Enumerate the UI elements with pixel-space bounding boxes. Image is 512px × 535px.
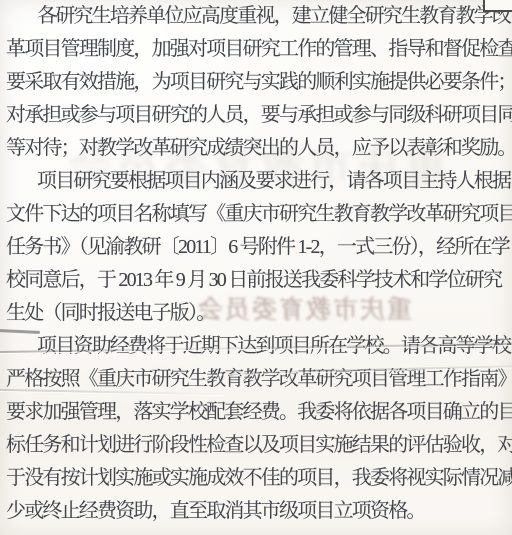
text-line: 要求加强管理，落实学校配套经费。我委将依据各项目确立的目 [6,396,512,429]
text-line: 各研究生培养单位应高度重视，建立健全研究生教育教学改 [6,0,512,33]
text-line: 文件下达的项目名称填写《重庆市研究生教育教学改革研究项目 [6,198,512,231]
text-line: 严格按照《重庆市研究生教育教学改革研究项目管理工作指南》 [6,363,512,396]
text-line: 要采取有效措施，为项目研究与实践的顺利实施提供必要条件； [6,66,512,99]
text-line: 少或终止经费资助，直至取消其市级项目立项资格。 [6,495,512,528]
text-line: 革项目管理制度，加强对项目研究工作的管理、指导和督促检查， [6,33,512,66]
page-corner-mark [483,0,512,12]
text-line: 对承担或参与项目研究的人员，要与承担或参与同级科研项目同 [6,99,512,132]
text-line: 等对待；对教学改革研究成绩突出的人员，应予以表彰和奖励。 [6,132,512,165]
document-body: 各研究生培养单位应高度重视，建立健全研究生教育教学改 革项目管理制度，加强对项目… [6,0,512,528]
text-line: 项目研究要根据项目内涵及要求进行，请各项目主持人根据 [6,165,512,198]
text-line: 任务书》（见渝教研〔2011〕6 号附件 1-2，一式三份），经所在学 [6,231,512,264]
paragraph-2: 项目研究要根据项目内涵及要求进行，请各项目主持人根据 文件下达的项目名称填写《重… [6,165,512,330]
paragraph-3: 项目资助经费将于近期下达到项目所在学校。请各高等学校 严格按照《重庆市研究生教育… [6,330,512,528]
scanned-document-page: 重庆市教育委员会 重庆市教育委员会 各研究生培养单位应高度重视，建立健全研究生教… [0,0,512,535]
paragraph-1: 各研究生培养单位应高度重视，建立健全研究生教育教学改 革项目管理制度，加强对项目… [6,0,512,165]
text-line: 于没有按计划实施或实施成效不佳的项目，我委将视实际情况减 [6,462,512,495]
text-line: 生处（同时报送电子版）。 [6,297,512,330]
text-line: 标任务和计划进行阶段性检查以及项目实施结果的评估验收，对 [6,429,512,462]
text-line: 校同意后，于 2013 年 9 月 30 日前报送我委科学技术和学位研究 [6,264,512,297]
text-line: 项目资助经费将于近期下达到项目所在学校。请各高等学校 [6,330,512,363]
